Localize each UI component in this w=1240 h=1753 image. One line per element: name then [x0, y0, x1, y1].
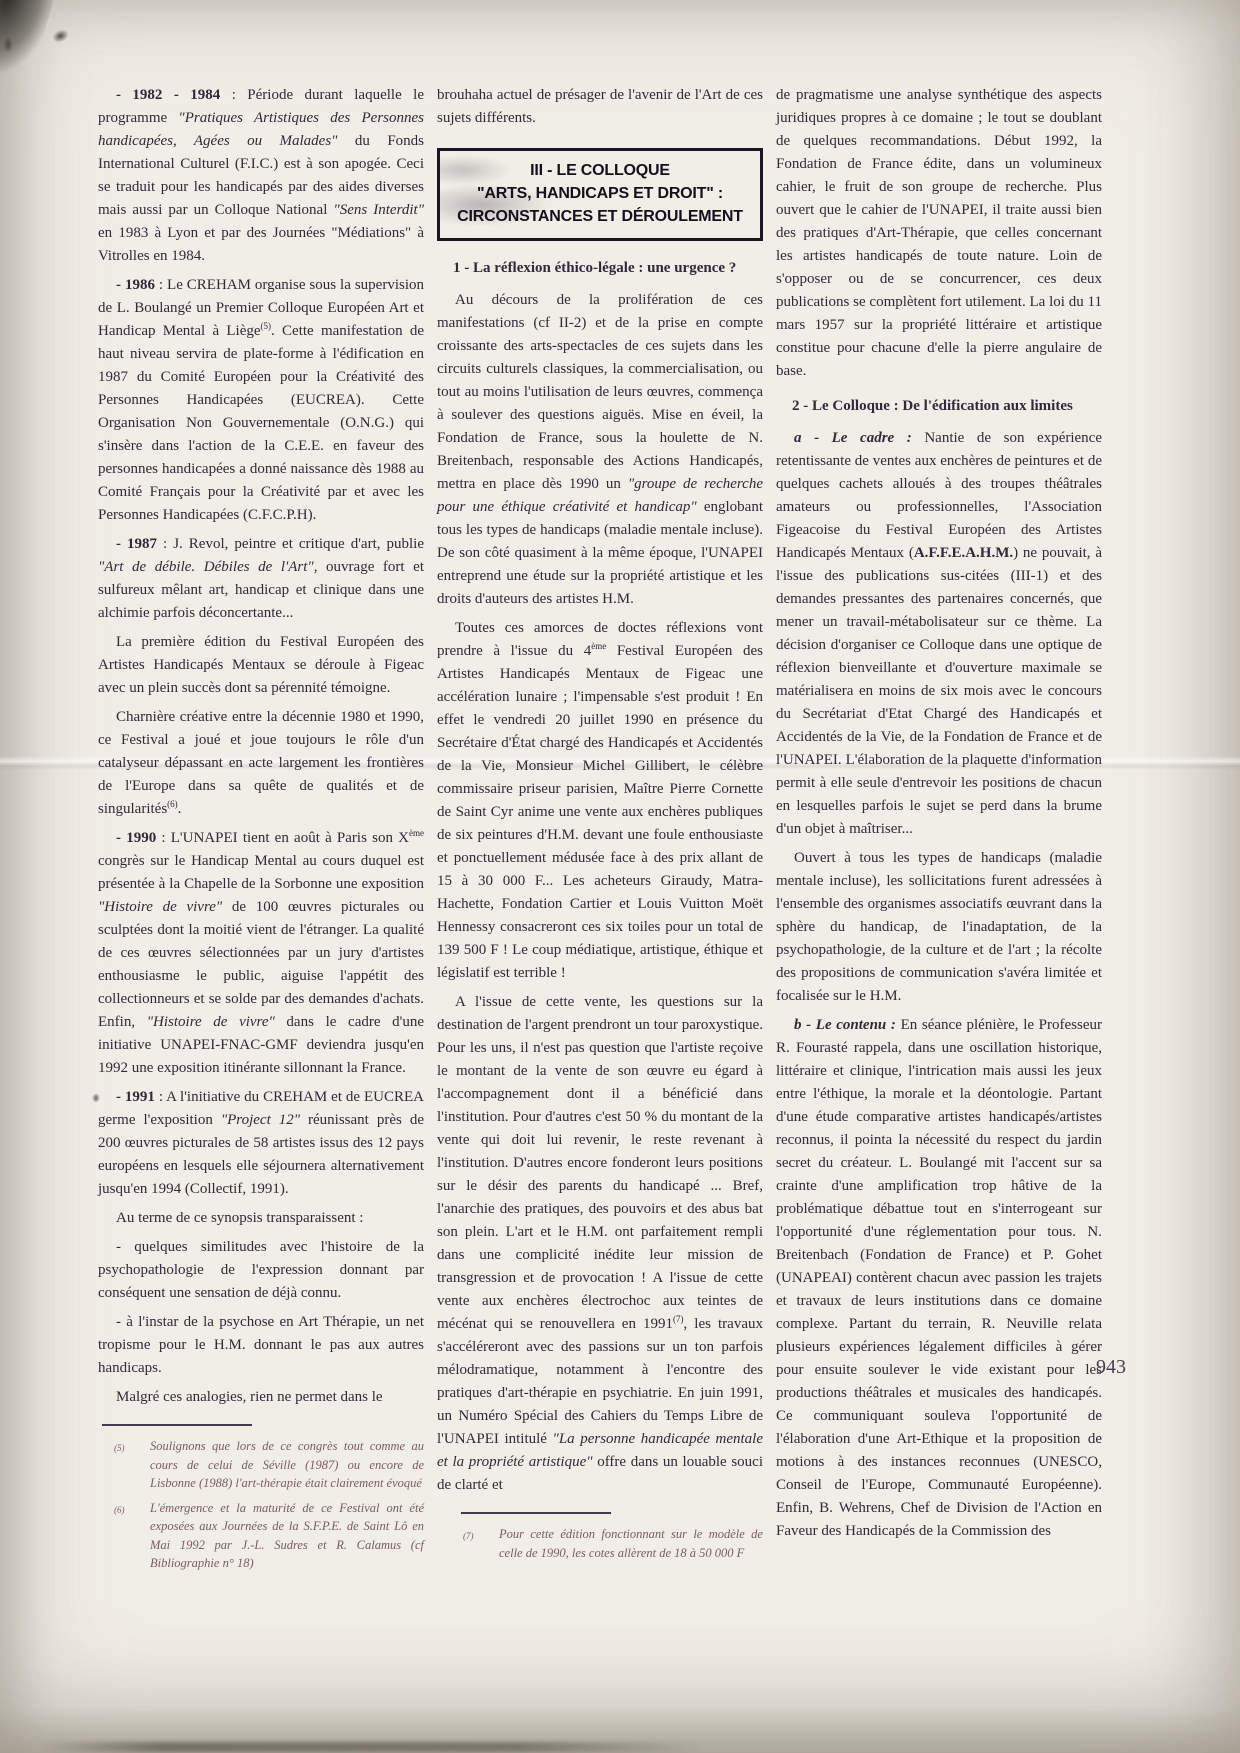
- text-run: - 1982 - 1984: [116, 87, 220, 103]
- text-run: - quelques similitudes avec l'histoire d…: [98, 1239, 424, 1301]
- footnote-text: Soulignons que lors de ce congrès tout c…: [150, 1439, 424, 1490]
- section-title-line: CIRCONSTANCES ET DÉROULEMENT: [444, 205, 756, 228]
- text-run: de 100 œuvres picturales ou sculptées do…: [98, 899, 424, 1030]
- text-run: (6): [167, 799, 178, 809]
- paragraph: Malgré ces analogies, rien ne permet dan…: [98, 1386, 424, 1409]
- text-run: . Cette manifestation de haut niveau ser…: [98, 323, 424, 523]
- paragraph: Ouvert à tous les types de handicaps (ma…: [776, 847, 1102, 1008]
- text-run: - 1990: [116, 830, 156, 846]
- text-run: (7): [673, 1314, 684, 1324]
- paragraph: A l'issue de cette vente, les questions …: [437, 991, 763, 1497]
- column-middle: brouhaha actuel de présager de l'avenir …: [437, 84, 763, 1579]
- paragraph: - 1982 - 1984 : Période durant laquelle …: [98, 84, 424, 268]
- text-run: "Sens Interdit": [333, 202, 424, 218]
- text-run: Malgré ces analogies, rien ne permet dan…: [116, 1389, 383, 1405]
- text-run: b - Le contenu :: [794, 1017, 896, 1033]
- text-run: a - Le cadre :: [794, 430, 912, 446]
- footnote-marker: (7): [463, 1527, 474, 1546]
- footnote-text: Pour cette édition fonctionnant sur le m…: [499, 1527, 763, 1560]
- section-heading: 2 - Le Colloque : De l'édification aux l…: [776, 395, 1102, 418]
- text-run: "Histoire de vivre": [147, 1014, 275, 1030]
- footnote-rule: [102, 1424, 252, 1426]
- text-run: englobant tous les types de handicaps (m…: [437, 499, 763, 607]
- text-run: La première édition du Festival Européen…: [98, 634, 424, 696]
- footnote-rule: [461, 1512, 611, 1514]
- section-title-line: "ARTS, HANDICAPS ET DROIT" :: [444, 182, 756, 205]
- text-run: : L'UNAPEI tient en août à Paris son X: [156, 830, 409, 846]
- text-run: ème: [409, 828, 424, 838]
- text-run: - 1991: [116, 1089, 155, 1105]
- text-run: En séance plénière, le Professeur R. Fou…: [776, 1017, 1102, 1539]
- scan-artifact-tick: [3, 36, 13, 53]
- text-run: "Project 12": [221, 1112, 300, 1128]
- paragraph: Charnière créative entre la décennie 198…: [98, 706, 424, 821]
- paragraph: b - Le contenu : En séance plénière, le …: [776, 1014, 1102, 1543]
- text-run: A l'issue de cette vente, les questions …: [437, 994, 763, 1332]
- text-run: - à l'instar de la psychose en Art Théra…: [98, 1314, 424, 1376]
- text-run: , les travaux s'accéléreront avec des pa…: [437, 1316, 763, 1447]
- text-run: A.F.F.E.A.H.M.: [914, 545, 1013, 561]
- text-run: ) ne pouvait, à l'issue des publications…: [776, 545, 1102, 837]
- paragraph: de pragmatisme une analyse synthétique d…: [776, 84, 1102, 383]
- footnote-marker: (5): [114, 1439, 125, 1458]
- scan-artifact-tick: [50, 27, 70, 45]
- footnote-marker: (6): [114, 1501, 125, 1520]
- text-run: Nantie de son expérience retentissante d…: [776, 430, 1102, 561]
- footnote: (5)Soulignons que lors de ce congrès tou…: [98, 1437, 424, 1493]
- text-run: "Histoire de vivre": [98, 899, 222, 915]
- section-title-box: III - LE COLLOQUE"ARTS, HANDICAPS ET DRO…: [437, 148, 763, 241]
- section-heading: 1 - La réflexion éthico-légale : une urg…: [437, 257, 763, 280]
- text-run: Au décours de la prolifération de ces ma…: [437, 292, 763, 492]
- text-run: "Art de débile. Débiles de l'Art": [98, 559, 314, 575]
- section-title-line: III - LE COLLOQUE: [444, 159, 756, 182]
- column-left: - 1982 - 1984 : Période durant laquelle …: [98, 84, 424, 1579]
- text-run: Ouvert à tous les types de handicaps (ma…: [776, 850, 1102, 1004]
- paragraph: La première édition du Festival Européen…: [98, 631, 424, 700]
- page-number: 943: [1096, 1356, 1126, 1379]
- text-run: de pragmatisme une analyse synthétique d…: [776, 87, 1102, 379]
- text-run: congrès sur le Handicap Mental au cours …: [98, 853, 424, 892]
- text-run: Festival Européen des Artistes Handicapé…: [437, 643, 763, 981]
- text-run: ème: [591, 641, 606, 651]
- footnote: (7)Pour cette édition fonctionnant sur l…: [437, 1525, 763, 1562]
- paragraph: - 1991 : A l'initiative du CREHAM et de …: [98, 1086, 424, 1201]
- paragraph: Au terme de ce synopsis transparaissent …: [98, 1207, 424, 1230]
- paragraph: Au décours de la prolifération de ces ma…: [437, 289, 763, 611]
- column-right: de pragmatisme une analyse synthétique d…: [776, 84, 1102, 1579]
- footnote: (6)L'émergence et la maturité de ce Fest…: [98, 1499, 424, 1573]
- text-run: (5): [261, 321, 272, 331]
- text-run: - 1986: [116, 277, 155, 293]
- paragraph: - 1986 : Le CREHAM organise sous la supe…: [98, 274, 424, 527]
- text-run: : J. Revol, peintre et critique d'art, p…: [157, 536, 424, 552]
- paragraph: - 1987 : J. Revol, peintre et critique d…: [98, 533, 424, 625]
- paragraph: Toutes ces amorces de doctes réflexions …: [437, 617, 763, 985]
- text-run: brouhaha actuel de présager de l'avenir …: [437, 87, 763, 126]
- paragraph: a - Le cadre : Nantie de son expérience …: [776, 427, 1102, 841]
- text-run: en 1983 à Lyon et par des Journées "Médi…: [98, 225, 424, 264]
- paragraph: brouhaha actuel de présager de l'avenir …: [437, 84, 763, 130]
- paragraph: - quelques similitudes avec l'histoire d…: [98, 1236, 424, 1305]
- text-run: Charnière créative entre la décennie 198…: [98, 709, 424, 817]
- text-run: Au terme de ce synopsis transparaissent …: [116, 1210, 363, 1226]
- scan-artifact-bottom-smudge: [40, 1742, 700, 1752]
- paragraph: - à l'instar de la psychose en Art Théra…: [98, 1311, 424, 1380]
- scanned-article-page: - 1982 - 1984 : Période durant laquelle …: [0, 0, 1240, 1753]
- text-run: .: [178, 801, 182, 817]
- paragraph: - 1990 : L'UNAPEI tient en août à Paris …: [98, 827, 424, 1080]
- footnote-text: L'émergence et la maturité de ce Festiva…: [150, 1501, 424, 1571]
- article-columns: - 1982 - 1984 : Période durant laquelle …: [98, 84, 1102, 1579]
- text-run: - 1987: [116, 536, 157, 552]
